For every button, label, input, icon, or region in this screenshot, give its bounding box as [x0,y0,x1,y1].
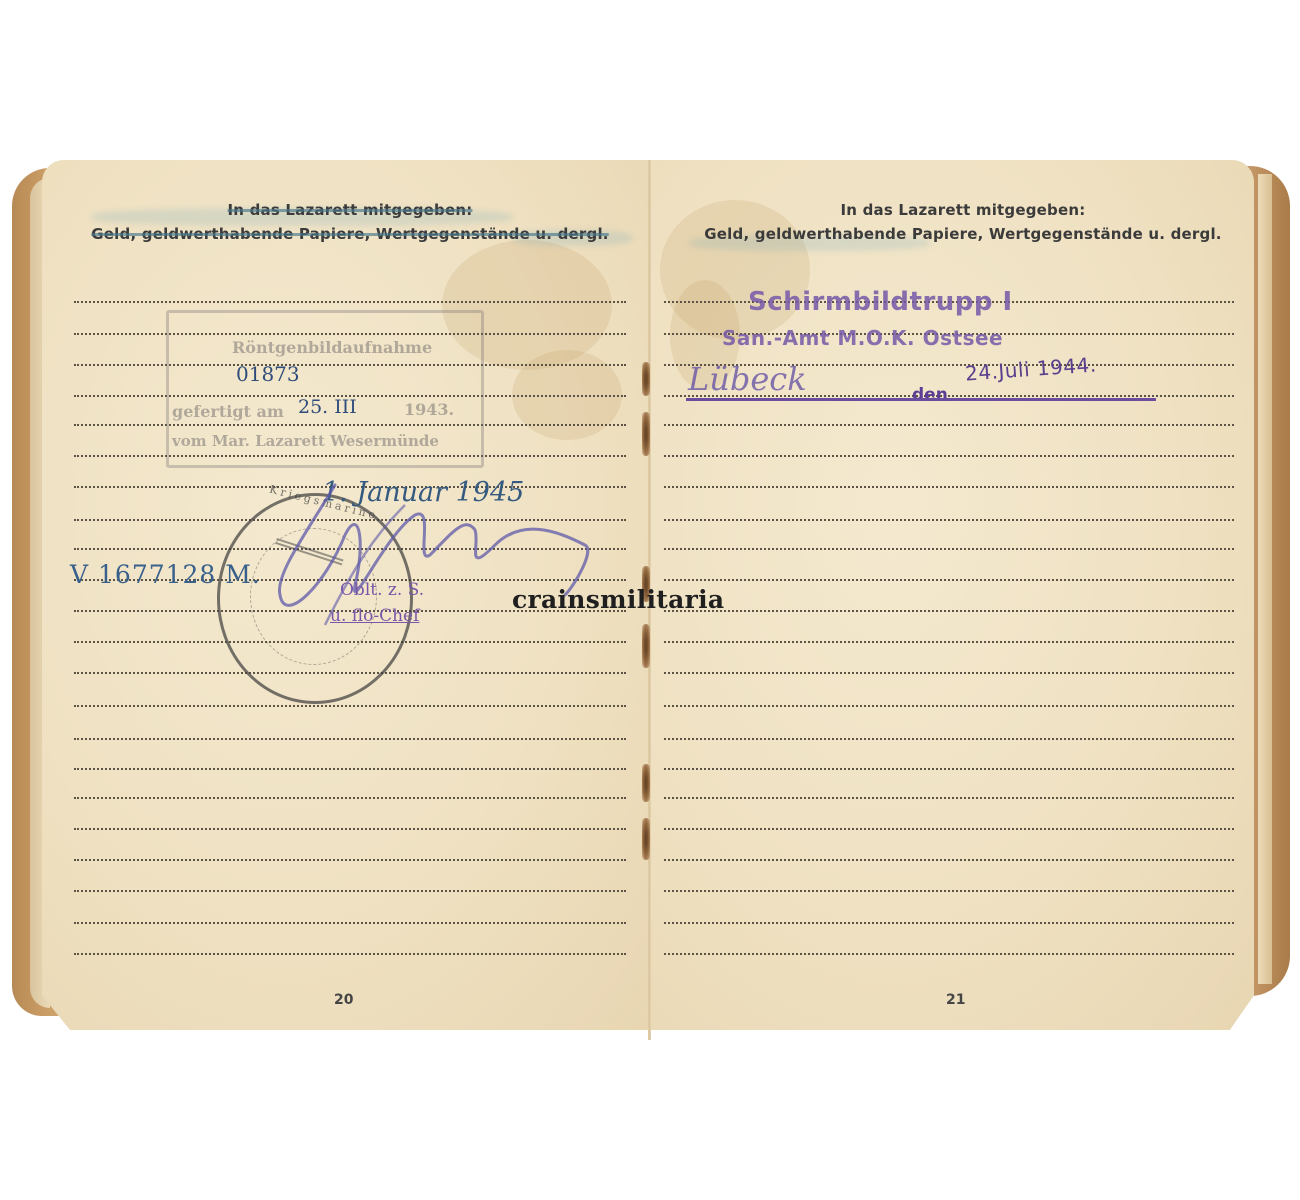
signature-underline [686,398,1156,401]
place-handwritten: Lübeck [688,360,807,398]
heading-line-1: In das Lazarett mitgegeben: [62,198,638,222]
dotted-line [74,922,626,924]
dotted-line [664,890,1234,892]
dotted-line [664,768,1234,770]
page-number-left: 20 [334,992,353,1008]
dotted-line [664,738,1234,740]
dotted-line [664,519,1234,521]
officer-rank-stamp: Oblt. z. S. [340,580,424,600]
place-suffix: den [912,385,948,405]
xray-date: 25. III [298,396,357,418]
staple [642,412,650,456]
right-page-heading: In das Lazarett mitgegeben: Geld, geldwe… [670,198,1256,246]
staple [642,362,650,396]
handwritten-reference: V 1677128 M. [70,560,261,589]
xray-year: 1943. [404,400,454,419]
dotted-line [664,548,1234,550]
staple [642,764,650,802]
dotted-line [664,828,1234,830]
dotted-line [74,738,626,740]
page-edges-right [1258,174,1272,984]
dotted-line [74,705,626,707]
staple [642,818,650,860]
dotted-line [74,768,626,770]
dotted-line [664,797,1234,799]
xray-number: 01873 [236,362,300,386]
faint-stamp [522,332,528,351]
unit-stamp-line2: San.-Amt M.O.K. Ostsee [722,326,1003,350]
dotted-line [664,610,1234,612]
dotted-line [664,922,1234,924]
dotted-line [74,301,626,303]
dotted-line [664,859,1234,861]
xray-stamp-line2: gefertigt am [172,402,284,421]
xray-stamp-line1: Röntgenbildaufnahme [232,338,432,357]
dotted-line [664,579,1234,581]
dotted-line [664,953,1234,955]
dotted-line [74,890,626,892]
heading-line-2: Geld, geldwerthabende Papiere, Wertgegen… [62,222,638,246]
dotted-line [664,455,1234,457]
dotted-line [74,859,626,861]
heading-line-1: In das Lazarett mitgegeben: [670,198,1256,222]
dotted-line [664,641,1234,643]
dotted-line [74,828,626,830]
xray-stamp-line3: vom Mar. Lazarett Wesermünde [172,432,439,450]
officer-title-text: u. flo-Chef [330,606,419,626]
officer-title-stamp: u. flo-Chef [330,606,419,626]
watermark-text: crainsmilitaria [512,585,724,614]
heading-line-2: Geld, geldwerthabende Papiere, Wertgegen… [670,222,1256,246]
staple [642,624,650,668]
dotted-line [74,797,626,799]
dotted-line [664,486,1234,488]
left-page-heading: In das Lazarett mitgegeben: Geld, geldwe… [62,198,638,246]
page-number-right: 21 [946,992,965,1008]
dotted-line [664,705,1234,707]
dotted-line [664,672,1234,674]
unit-stamp-line1: Schirmbildtrupp I [748,287,1013,317]
dotted-line [74,953,626,955]
dotted-line [664,424,1234,426]
